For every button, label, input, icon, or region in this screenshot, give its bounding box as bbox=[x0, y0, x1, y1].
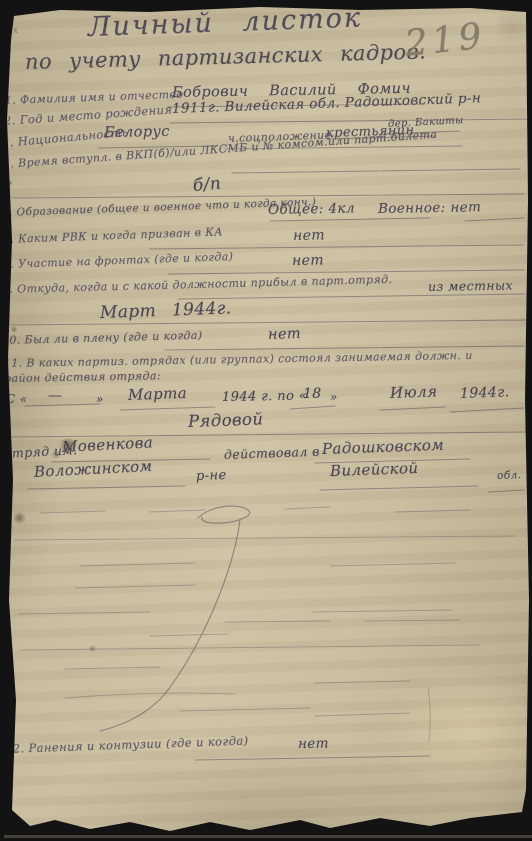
service-oblast: Вилейской bbox=[330, 459, 419, 480]
document-sheet: Личный листок по учету партизанских кадр… bbox=[0, 0, 532, 836]
field-6-value: Общее: 4кл bbox=[268, 200, 355, 218]
service-rayon: р-не bbox=[196, 468, 227, 484]
service-date-open: С « bbox=[6, 392, 28, 406]
field-6-value2: Военное: нет bbox=[378, 199, 482, 217]
corner-smudge bbox=[498, 4, 528, 50]
corner-mark: x bbox=[13, 26, 18, 36]
service-date-close2: » bbox=[330, 390, 338, 404]
field-9-value: из местных bbox=[428, 278, 513, 294]
service-oblast-abbr: обл. bbox=[497, 469, 522, 482]
service-date-close: » bbox=[96, 392, 104, 406]
service-day-to: 18 bbox=[303, 386, 322, 402]
service-year-from: 1944 г. по « bbox=[222, 389, 307, 405]
underlying-page-edge bbox=[4, 835, 532, 838]
field-5-value: б/п bbox=[192, 174, 222, 196]
service-month-from: Марта bbox=[128, 384, 188, 404]
paper-speck bbox=[5, 250, 11, 256]
field-8-value: нет bbox=[292, 252, 324, 269]
field-10-value: нет bbox=[268, 326, 302, 343]
field-12-value: нет bbox=[298, 735, 329, 752]
field-3-value: Белорус bbox=[104, 124, 170, 141]
service-date-from-day: — bbox=[48, 388, 62, 404]
scan-background: Личный листок по учету партизанских кадр… bbox=[0, 0, 532, 841]
page-number: 219 bbox=[403, 16, 488, 65]
paper-speck bbox=[6, 180, 13, 186]
paper-speck bbox=[88, 645, 97, 652]
service-year-to: 1944г. bbox=[460, 384, 510, 402]
paper-speck bbox=[10, 326, 18, 333]
field-7-value: нет bbox=[293, 227, 325, 244]
service-month-to: Июля bbox=[390, 382, 438, 402]
ink-blot bbox=[12, 512, 27, 524]
service-rank: Рядовой bbox=[188, 409, 264, 431]
